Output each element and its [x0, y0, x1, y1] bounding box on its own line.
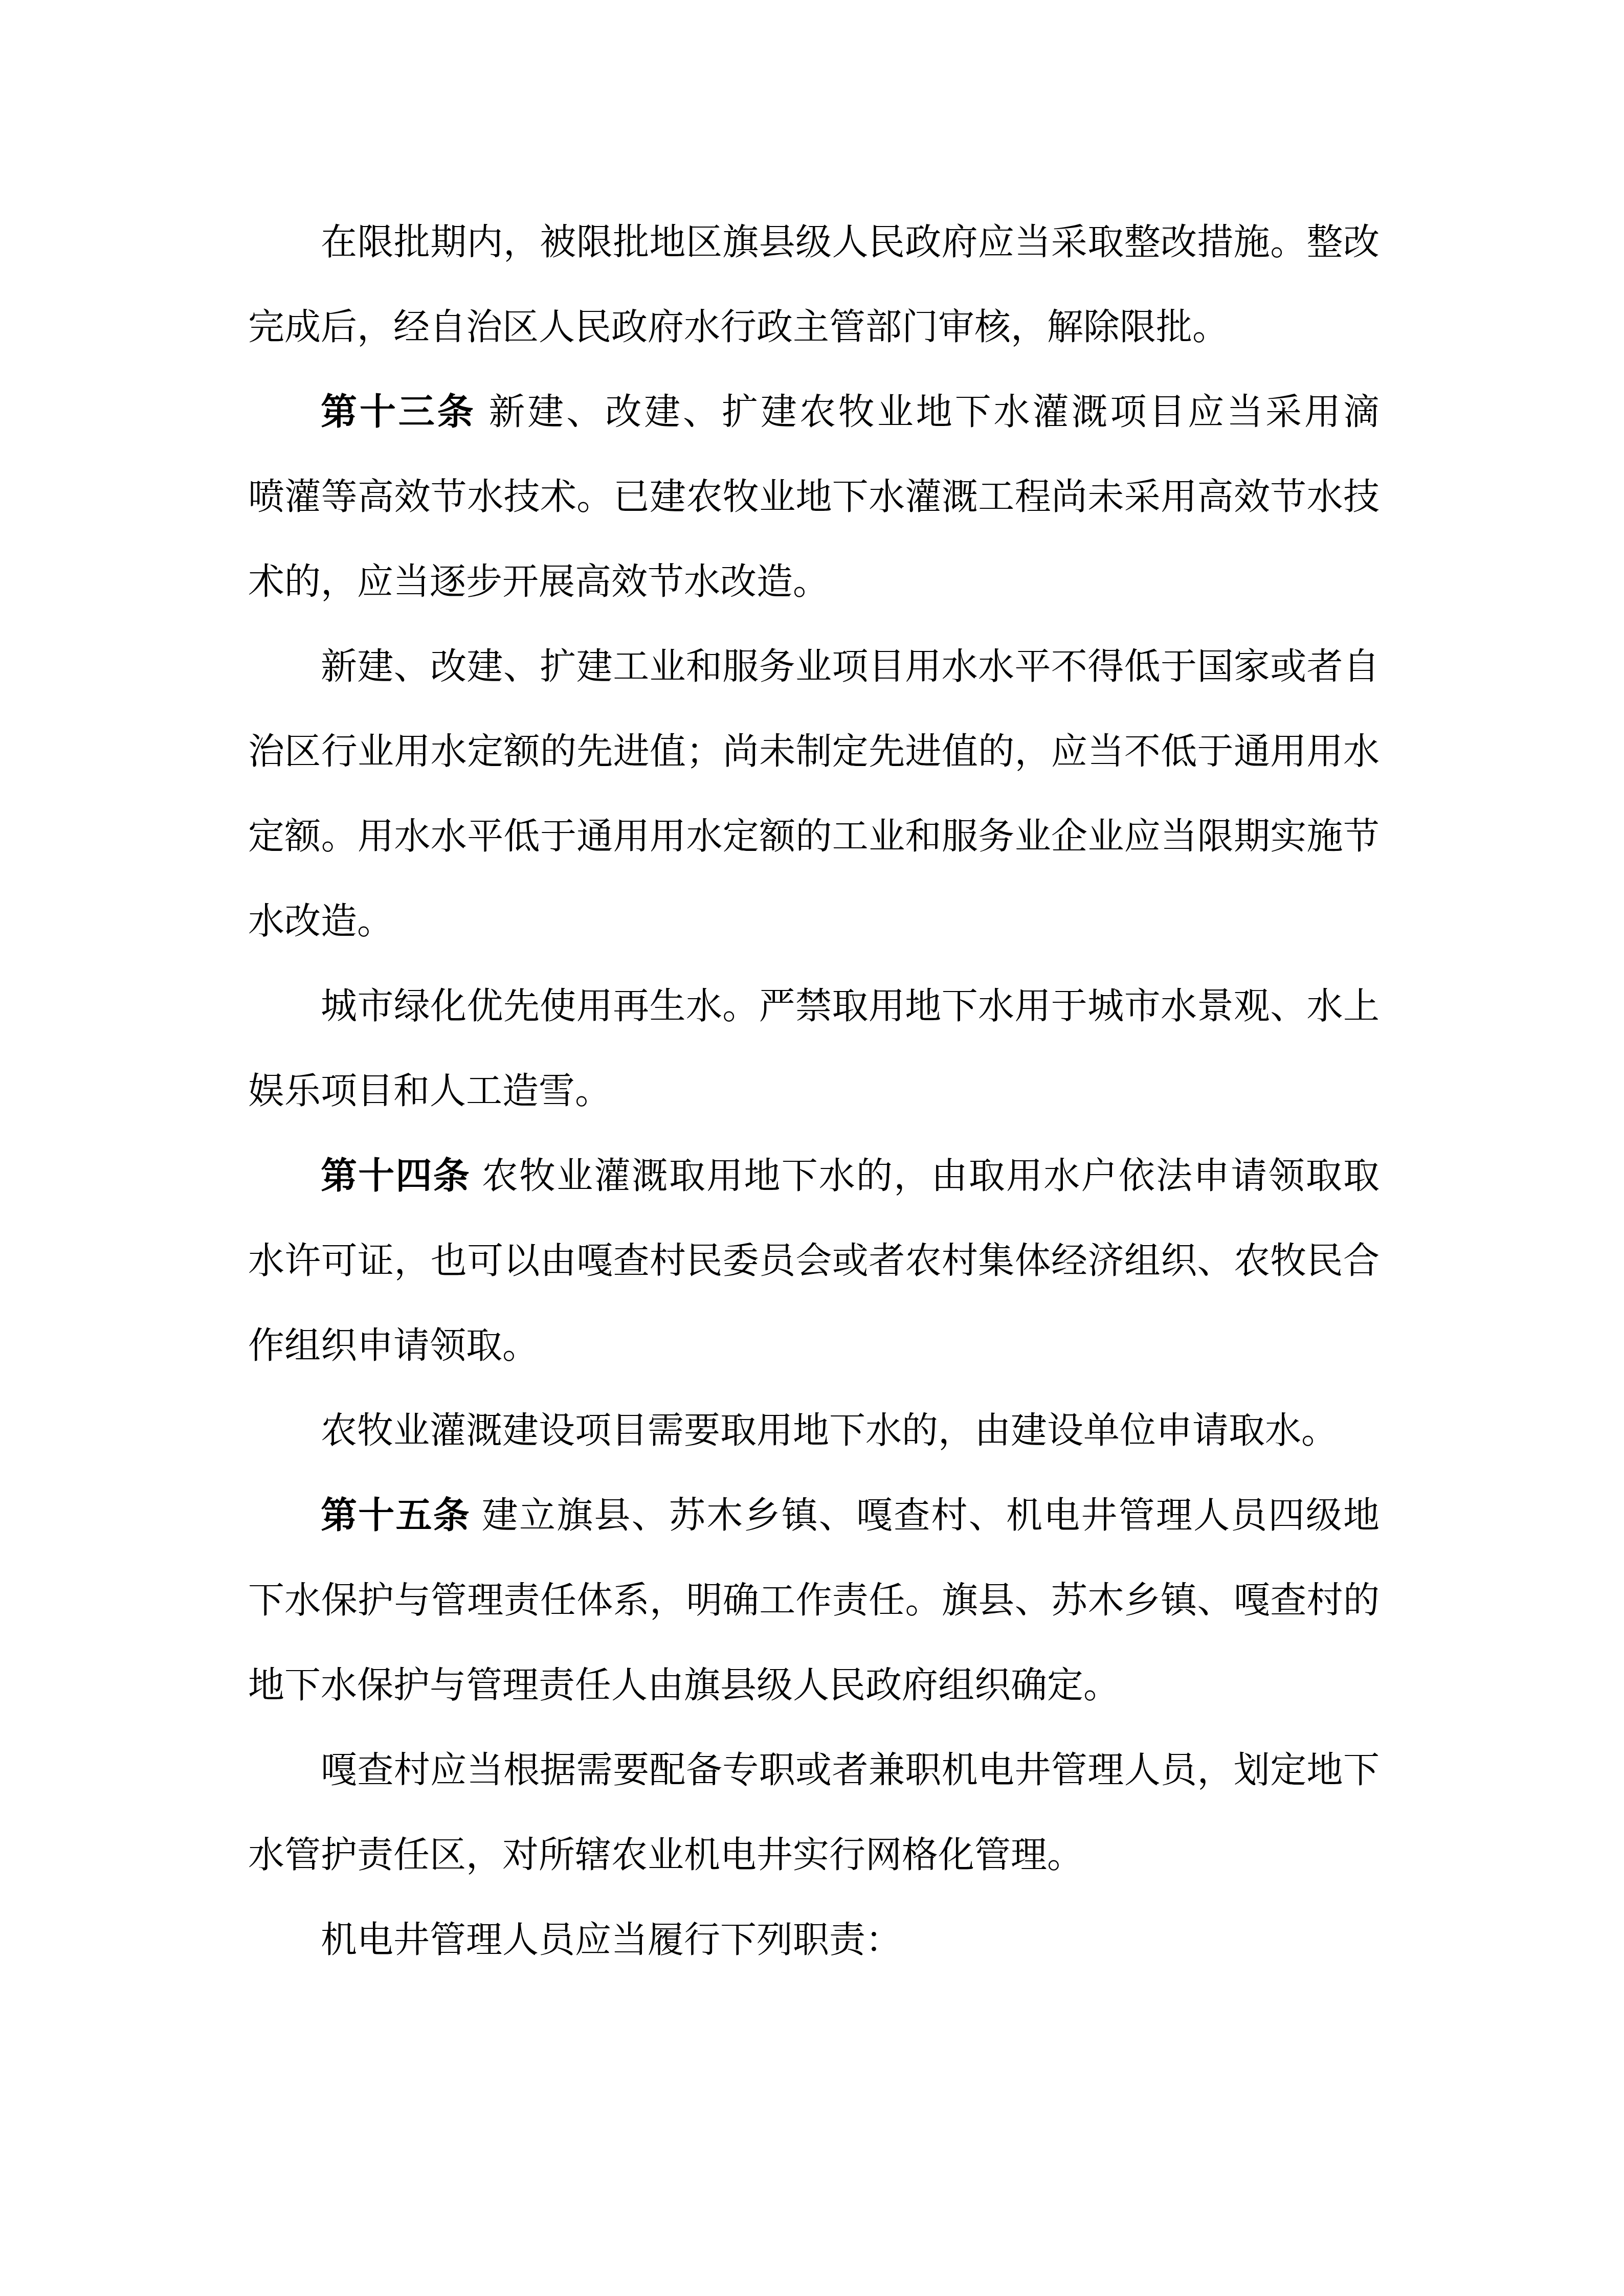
text-line: 在限批期内，被限批地区旗县级人民政府应当采取整改措施。整改 — [248, 200, 1380, 285]
text-run: 新建、改建、扩建工业和服务业项目用水水平不得低于国家或者自 — [321, 646, 1380, 687]
text-line: 术的，应当逐步开展高效节水改造。 — [248, 539, 1380, 624]
text-line: 第十三条 新建、改建、扩建农牧业地下水灌溉项目应当采用滴灌、 — [248, 370, 1380, 455]
text-line: 治区行业用水定额的先进值；尚未制定先进值的，应当不低于通用用水 — [248, 709, 1380, 794]
text-line: 定额。用水水平低于通用用水定额的工业和服务业企业应当限期实施节 — [248, 794, 1380, 879]
text-run: 术的，应当逐步开展高效节水改造。 — [248, 561, 829, 602]
article-number: 第十三条 — [321, 392, 476, 432]
text-line: 第十五条 建立旗县、苏木乡镇、嘎查村、机电井管理人员四级地 — [248, 1473, 1380, 1558]
text-run: 地下水保护与管理责任人由旗县级人民政府组织确定。 — [248, 1665, 1120, 1705]
text-run: 城市绿化优先使用再生水。严禁取用地下水用于城市水景观、水上 — [321, 986, 1380, 1026]
document-page: 在限批期内，被限批地区旗县级人民政府应当采取整改措施。整改完成后，经自治区人民政… — [0, 0, 1624, 2296]
text-run: 新建、改建、扩建农牧业地下水灌溉项目应当采用滴灌、 — [321, 392, 1380, 455]
article-number: 第十五条 — [321, 1495, 471, 1536]
text-run: 治区行业用水定额的先进值；尚未制定先进值的，应当不低于通用用水 — [248, 731, 1380, 772]
text-run: 水管护责任区，对所辖农业机电井实行网格化管理。 — [248, 1835, 1083, 1875]
text-line: 第十四条 农牧业灌溉取用地下水的，由取用水户依法申请领取取 — [248, 1134, 1380, 1219]
text-column: 在限批期内，被限批地区旗县级人民政府应当采取整改措施。整改完成后，经自治区人民政… — [248, 200, 1380, 1983]
text-run: 农牧业灌溉建设项目需要取用地下水的，由建设单位申请取水。 — [321, 1410, 1338, 1451]
text-run: 定额。用水水平低于通用用水定额的工业和服务业企业应当限期实施节 — [248, 816, 1380, 857]
text-run: 水许可证，也可以由嘎查村民委员会或者农村集体经济组织、农牧民合 — [248, 1241, 1380, 1281]
text-run: 水改造。 — [248, 901, 393, 941]
text-line: 机电井管理人员应当履行下列职责： — [248, 1898, 1380, 1983]
paragraph: 第十四条 农牧业灌溉取用地下水的，由取用水户依法申请领取取水许可证，也可以由嘎查… — [248, 1134, 1380, 1388]
text-line: 嘎查村应当根据需要配备专职或者兼职机电井管理人员，划定地下 — [248, 1728, 1380, 1813]
text-line: 水管护责任区，对所辖农业机电井实行网格化管理。 — [248, 1813, 1380, 1898]
text-line: 新建、改建、扩建工业和服务业项目用水水平不得低于国家或者自 — [248, 624, 1380, 709]
text-line: 城市绿化优先使用再生水。严禁取用地下水用于城市水景观、水上 — [248, 964, 1380, 1049]
text-run: 嘎查村应当根据需要配备专职或者兼职机电井管理人员，划定地下 — [321, 1750, 1380, 1790]
text-line: 下水保护与管理责任体系，明确工作责任。旗县、苏木乡镇、嘎查村的 — [248, 1558, 1380, 1643]
text-run: 下水保护与管理责任体系，明确工作责任。旗县、苏木乡镇、嘎查村的 — [248, 1580, 1380, 1620]
text-line: 水许可证，也可以由嘎查村民委员会或者农村集体经济组织、农牧民合 — [248, 1219, 1380, 1303]
text-run: 喷灌等高效节水技术。已建农牧业地下水灌溉工程尚未采用高效节水技 — [248, 477, 1380, 517]
text-line: 作组织申请领取。 — [248, 1303, 1380, 1388]
text-run: 作组织申请领取。 — [248, 1325, 539, 1366]
text-line: 农牧业灌溉建设项目需要取用地下水的，由建设单位申请取水。 — [248, 1388, 1380, 1473]
paragraph: 新建、改建、扩建工业和服务业项目用水水平不得低于国家或者自治区行业用水定额的先进… — [248, 624, 1380, 964]
text-line: 水改造。 — [248, 879, 1380, 964]
paragraph: 机电井管理人员应当履行下列职责： — [248, 1898, 1380, 1983]
text-run: 完成后，经自治区人民政府水行政主管部门审核，解除限批。 — [248, 307, 1229, 347]
paragraph: 第十三条 新建、改建、扩建农牧业地下水灌溉项目应当采用滴灌、喷灌等高效节水技术。… — [248, 370, 1380, 624]
text-run: 在限批期内，被限批地区旗县级人民政府应当采取整改措施。整改 — [321, 222, 1380, 262]
paragraph: 城市绿化优先使用再生水。严禁取用地下水用于城市水景观、水上娱乐项目和人工造雪。 — [248, 964, 1380, 1134]
paragraph: 第十五条 建立旗县、苏木乡镇、嘎查村、机电井管理人员四级地下水保护与管理责任体系… — [248, 1473, 1380, 1728]
text-line: 娱乐项目和人工造雪。 — [248, 1049, 1380, 1134]
text-run: 机电井管理人员应当履行下列职责： — [321, 1920, 902, 1960]
paragraph: 嘎查村应当根据需要配备专职或者兼职机电井管理人员，划定地下水管护责任区，对所辖农… — [248, 1728, 1380, 1898]
paragraph: 在限批期内，被限批地区旗县级人民政府应当采取整改措施。整改完成后，经自治区人民政… — [248, 200, 1380, 370]
text-line: 完成后，经自治区人民政府水行政主管部门审核，解除限批。 — [248, 285, 1380, 370]
text-line: 地下水保护与管理责任人由旗县级人民政府组织确定。 — [248, 1643, 1380, 1728]
text-run: 娱乐项目和人工造雪。 — [248, 1071, 611, 1111]
text-run: 建立旗县、苏木乡镇、嘎查村、机电井管理人员四级地 — [471, 1495, 1380, 1536]
text-line: 喷灌等高效节水技术。已建农牧业地下水灌溉工程尚未采用高效节水技 — [248, 455, 1380, 539]
article-number: 第十四条 — [321, 1156, 471, 1196]
text-run: 农牧业灌溉取用地下水的，由取用水户依法申请领取取 — [471, 1156, 1380, 1196]
paragraph: 农牧业灌溉建设项目需要取用地下水的，由建设单位申请取水。 — [248, 1388, 1380, 1473]
